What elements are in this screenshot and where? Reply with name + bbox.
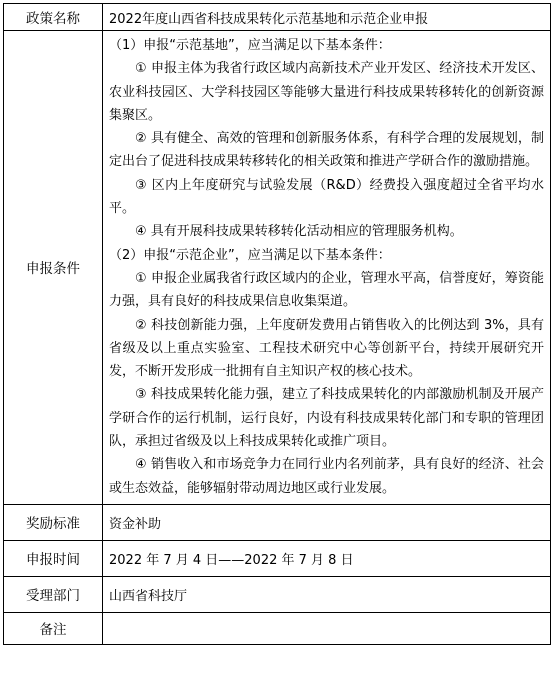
policy-name-value: 2022年度山西省科技成果转化示范基地和示范企业申报 — [103, 4, 551, 31]
base-condition-2: ② 具有健全、高效的管理和创新服务体系，有科学合理的发展规划，制定出台了促进科技… — [109, 127, 544, 174]
reward-label: 奖励标准 — [4, 504, 103, 540]
row-department: 受理部门 山西省科技厅 — [4, 576, 551, 612]
row-conditions: 申报条件 （1）申报“示范基地”，应当满足以下基本条件： ① 申报主体为我省行政… — [4, 31, 551, 505]
row-reward: 奖励标准 资金补助 — [4, 504, 551, 540]
enterprise-condition-1: ① 申报企业属我省行政区域内的企业，管理水平高，信誉度好，筹资能力强，具有良好的… — [109, 267, 544, 314]
conditions-value: （1）申报“示范基地”，应当满足以下基本条件： ① 申报主体为我省行政区域内高新… — [103, 31, 551, 505]
reward-value: 资金补助 — [103, 504, 551, 540]
base-condition-3: ③ 区内上年度研究与试验发展（R&D）经费投入强度超过全省平均水平。 — [109, 174, 544, 221]
policy-name-label: 政策名称 — [4, 4, 103, 31]
enterprise-condition-3: ③ 科技成果转化能力强，建立了科技成果转化的内部激励机制及开展产学研合作的运行机… — [109, 383, 544, 453]
row-time: 申报时间 2022 年 7 月 4 日——2022 年 7 月 8 日 — [4, 540, 551, 576]
department-label: 受理部门 — [4, 576, 103, 612]
base-condition-1: ① 申报主体为我省行政区域内高新技术产业开发区、经济技术开发区、农业科技园区、大… — [109, 57, 544, 127]
section-heading-enterprise: （2）申报“示范企业”，应当满足以下基本条件： — [109, 244, 544, 267]
base-condition-4: ④ 具有开展科技成果转移转化活动相应的管理服务机构。 — [109, 220, 544, 243]
section-heading-base: （1）申报“示范基地”，应当满足以下基本条件： — [109, 34, 544, 57]
note-label: 备注 — [4, 612, 103, 644]
department-value: 山西省科技厅 — [103, 576, 551, 612]
conditions-label: 申报条件 — [4, 31, 103, 505]
policy-table: 政策名称 2022年度山西省科技成果转化示范基地和示范企业申报 申报条件 （1）… — [3, 3, 551, 645]
row-policy-name: 政策名称 2022年度山西省科技成果转化示范基地和示范企业申报 — [4, 4, 551, 31]
row-note: 备注 — [4, 612, 551, 644]
time-label: 申报时间 — [4, 540, 103, 576]
time-value: 2022 年 7 月 4 日——2022 年 7 月 8 日 — [103, 540, 551, 576]
note-value — [103, 612, 551, 644]
enterprise-condition-4: ④ 销售收入和市场竞争力在同行业内名列前茅，具有良好的经济、社会或生态效益，能够… — [109, 453, 544, 500]
enterprise-condition-2: ② 科技创新能力强，上年度研发费用占销售收入的比例达到 3%，具有省级及以上重点… — [109, 314, 544, 384]
